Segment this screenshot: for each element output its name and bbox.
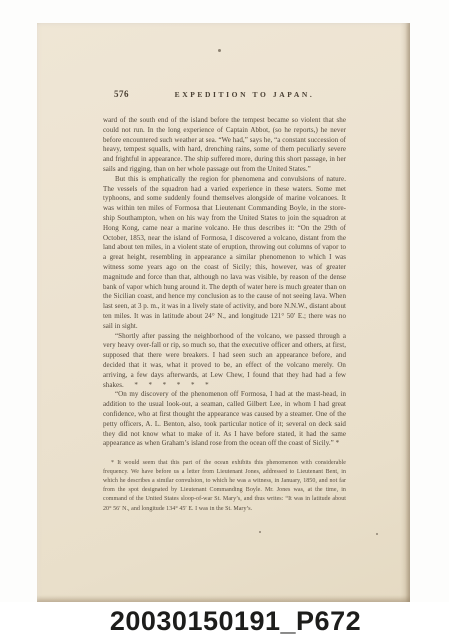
catalog-number: 20030150191_P672 — [110, 608, 361, 635]
book-page: 576 EXPEDITION TO JAPAN. ward of the sou… — [37, 23, 410, 602]
text-column: ward of the south end of the island befo… — [103, 116, 346, 514]
footnote: * It would seem that this part of the oc… — [103, 459, 346, 514]
caption-bar: 20030150191_P672 — [0, 602, 449, 640]
scan-speck — [259, 531, 261, 533]
page-number: 576 — [114, 89, 129, 99]
photo-of-scanned-page: 576 EXPEDITION TO JAPAN. ward of the sou… — [0, 0, 449, 640]
page-header: 576 EXPEDITION TO JAPAN. — [103, 89, 346, 101]
paragraph-volcano-description: But this is emphatically the region for … — [103, 175, 346, 332]
scan-speck — [218, 49, 221, 52]
paragraph-masthead: “On my discovery of the phenomenon off F… — [103, 390, 346, 449]
paragraph-continuation: ward of the south end of the island befo… — [103, 116, 346, 175]
running-title: EXPEDITION TO JAPAN. — [143, 90, 346, 99]
paragraph-overfall: “Shortly after passing the neighborhood … — [103, 332, 346, 391]
scan-speck — [376, 533, 378, 535]
